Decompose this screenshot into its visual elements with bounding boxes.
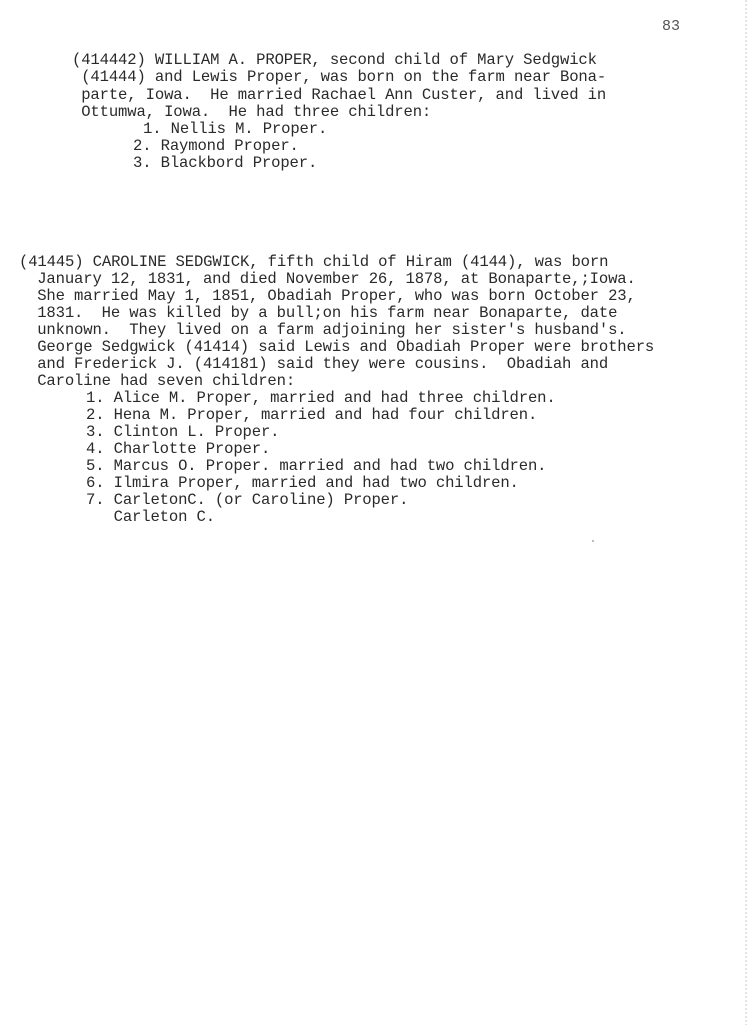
child-item: 2. Raymond Proper. [133, 138, 299, 155]
child-item: 4. Charlotte Proper. [86, 441, 270, 458]
scan-edge [745, 0, 747, 1025]
child-item: 3. Blackbord Proper. [133, 155, 317, 172]
child-item: 1. Alice M. Proper, married and had thre… [86, 390, 556, 407]
entry-line: Ottumwa, Iowa. He had three children: [72, 104, 431, 121]
child-item: 3. Clinton L. Proper. [86, 424, 279, 441]
scan-speck [592, 540, 594, 542]
entry-line: (414442) WILLIAM A. PROPER, second child… [72, 52, 597, 69]
entry-line: (41444) and Lewis Proper, was born on th… [72, 69, 606, 86]
child-item: Carleton C. [86, 509, 215, 526]
page-number: 83 [662, 18, 680, 35]
child-item: 2. Hena M. Proper, married and had four … [86, 407, 537, 424]
child-item: 7. CarletonC. (or Caroline) Proper. [86, 492, 408, 509]
entry-line: and Frederick J. (414181) said they were… [28, 356, 608, 373]
entry-line: parte, Iowa. He married Rachael Ann Cust… [72, 87, 606, 104]
child-item: 5. Marcus O. Proper. married and had two… [86, 458, 546, 475]
child-item: 6. Ilmira Proper, married and had two ch… [86, 475, 519, 492]
entry-line: (41445) CAROLINE SEDGWICK, fifth child o… [19, 254, 608, 271]
entry-line: She married May 1, 1851, Obadiah Proper,… [28, 288, 636, 305]
entry-line: January 12, 1831, and died November 26, … [28, 271, 636, 288]
entry-line: George Sedgwick (41414) said Lewis and O… [28, 339, 654, 356]
entry-line: unknown. They lived on a farm adjoining … [28, 322, 627, 339]
child-item: 1. Nellis M. Proper. [143, 121, 327, 138]
entry-line: Caroline had seven children: [28, 373, 295, 390]
entry-line: 1831. He was killed by a bull;on his far… [28, 305, 617, 322]
